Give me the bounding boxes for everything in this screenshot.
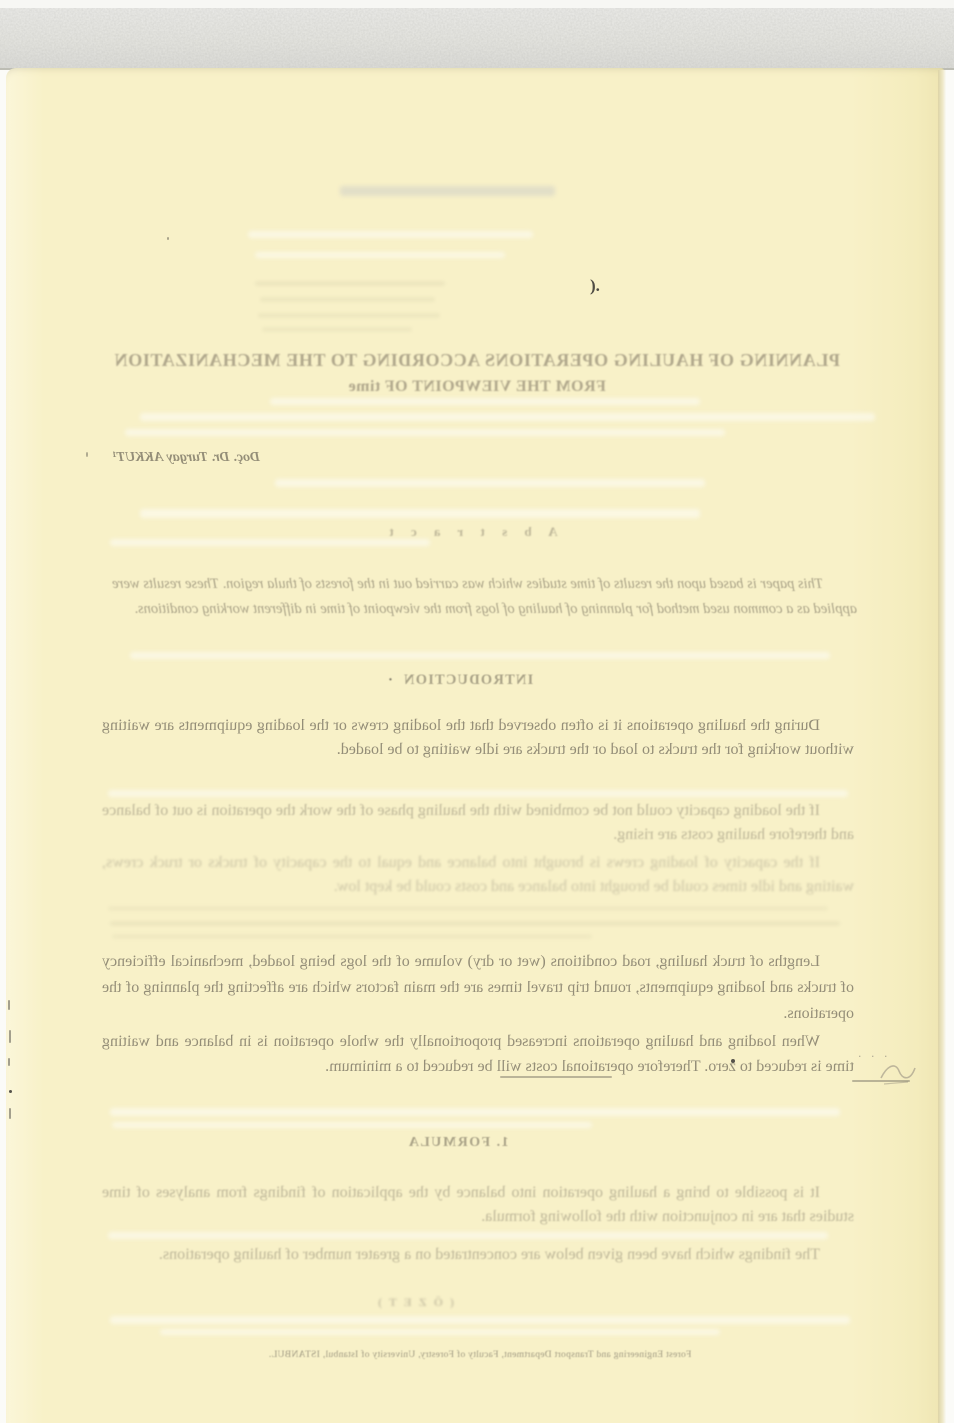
ghost-line [248, 231, 533, 238]
edge-mark [8, 1000, 10, 1010]
ink-speck [86, 452, 88, 457]
ghost-line [110, 921, 840, 926]
ghost-title-line1: PLANNING OF HAULING OPERATIONS ACCORDING… [60, 350, 894, 371]
ghost-line [275, 479, 705, 487]
edge-mark [9, 1030, 11, 1043]
ghost-paragraph-3: If the capacity of loading crews is brou… [102, 851, 854, 899]
ghost-intro-heading: INTRODUCTION· [60, 672, 860, 689]
ghost-line [260, 297, 435, 302]
ghost-line [108, 906, 828, 911]
ink-dot [731, 1059, 735, 1063]
ghost-section1-heading: 1. FORMULA [60, 1135, 856, 1151]
ghost-abstract-heading: A b s t r a c t [60, 524, 880, 540]
ghost-line [255, 281, 445, 286]
ghost-line [112, 1122, 592, 1128]
intro-heading-text: INTRODUCTION [403, 672, 533, 688]
ghost-paragraph-5: When loading and hauling operations incr… [102, 1029, 854, 1079]
pencil-underline [852, 1080, 910, 1082]
ghost-ozet-heading: ( Ö Z E T ) [35, 1295, 795, 1310]
pencil-scribble [878, 1058, 918, 1088]
paper-right-edge [938, 70, 946, 1423]
intro-heading-dot: · [387, 672, 393, 689]
ghost-paragraph-1: During the hauling operations it is ofte… [102, 714, 854, 762]
ghost-line [108, 790, 848, 797]
stray-ink-mark: ). [590, 276, 600, 296]
scan-edge-band [0, 8, 954, 70]
ghost-line [262, 327, 412, 332]
ghost-line [108, 1232, 828, 1239]
ghost-line [258, 313, 440, 318]
paper-grain-noise [0, 8, 954, 68]
ghost-title-line2: FROM THE VIEWPOINT OF time [60, 378, 894, 396]
ghost-paragraph-6: It is possible to bring a hauling operat… [102, 1181, 854, 1229]
ghost-paragraph-7: The findings which have been given below… [102, 1243, 854, 1267]
ghost-abstract-text: This paper is based upon the results of … [112, 572, 857, 622]
ghost-line [140, 509, 700, 518]
ghost-footnote: Forest Engineering and Transport Departm… [100, 1350, 860, 1360]
pencil-underline [500, 1076, 612, 1078]
ghost-line [110, 539, 430, 546]
scanned-document-page: PLANNING OF HAULING OPERATIONS ACCORDING… [0, 0, 954, 1423]
ghost-line [125, 429, 725, 436]
ghost-line [110, 1316, 850, 1324]
ghost-line [160, 1329, 720, 1335]
ghost-line [340, 186, 555, 196]
ghost-paragraph-4: Lengths of truck hauling, road condition… [102, 949, 854, 1027]
ghost-line [270, 398, 700, 405]
edge-mark [9, 1108, 11, 1119]
ghost-line [130, 652, 830, 659]
edge-mark [8, 1058, 10, 1066]
ghost-line [255, 252, 505, 258]
ghost-line [110, 1108, 840, 1116]
ink-speck [167, 237, 169, 240]
ghost-author: Doç. Dr. Turgay AKKUT¹ [95, 450, 260, 466]
ghost-line [112, 934, 592, 939]
ghost-paragraph-2: If the loading capacity could not be com… [102, 799, 854, 847]
edge-mark [9, 1090, 12, 1093]
ghost-line [140, 413, 875, 421]
